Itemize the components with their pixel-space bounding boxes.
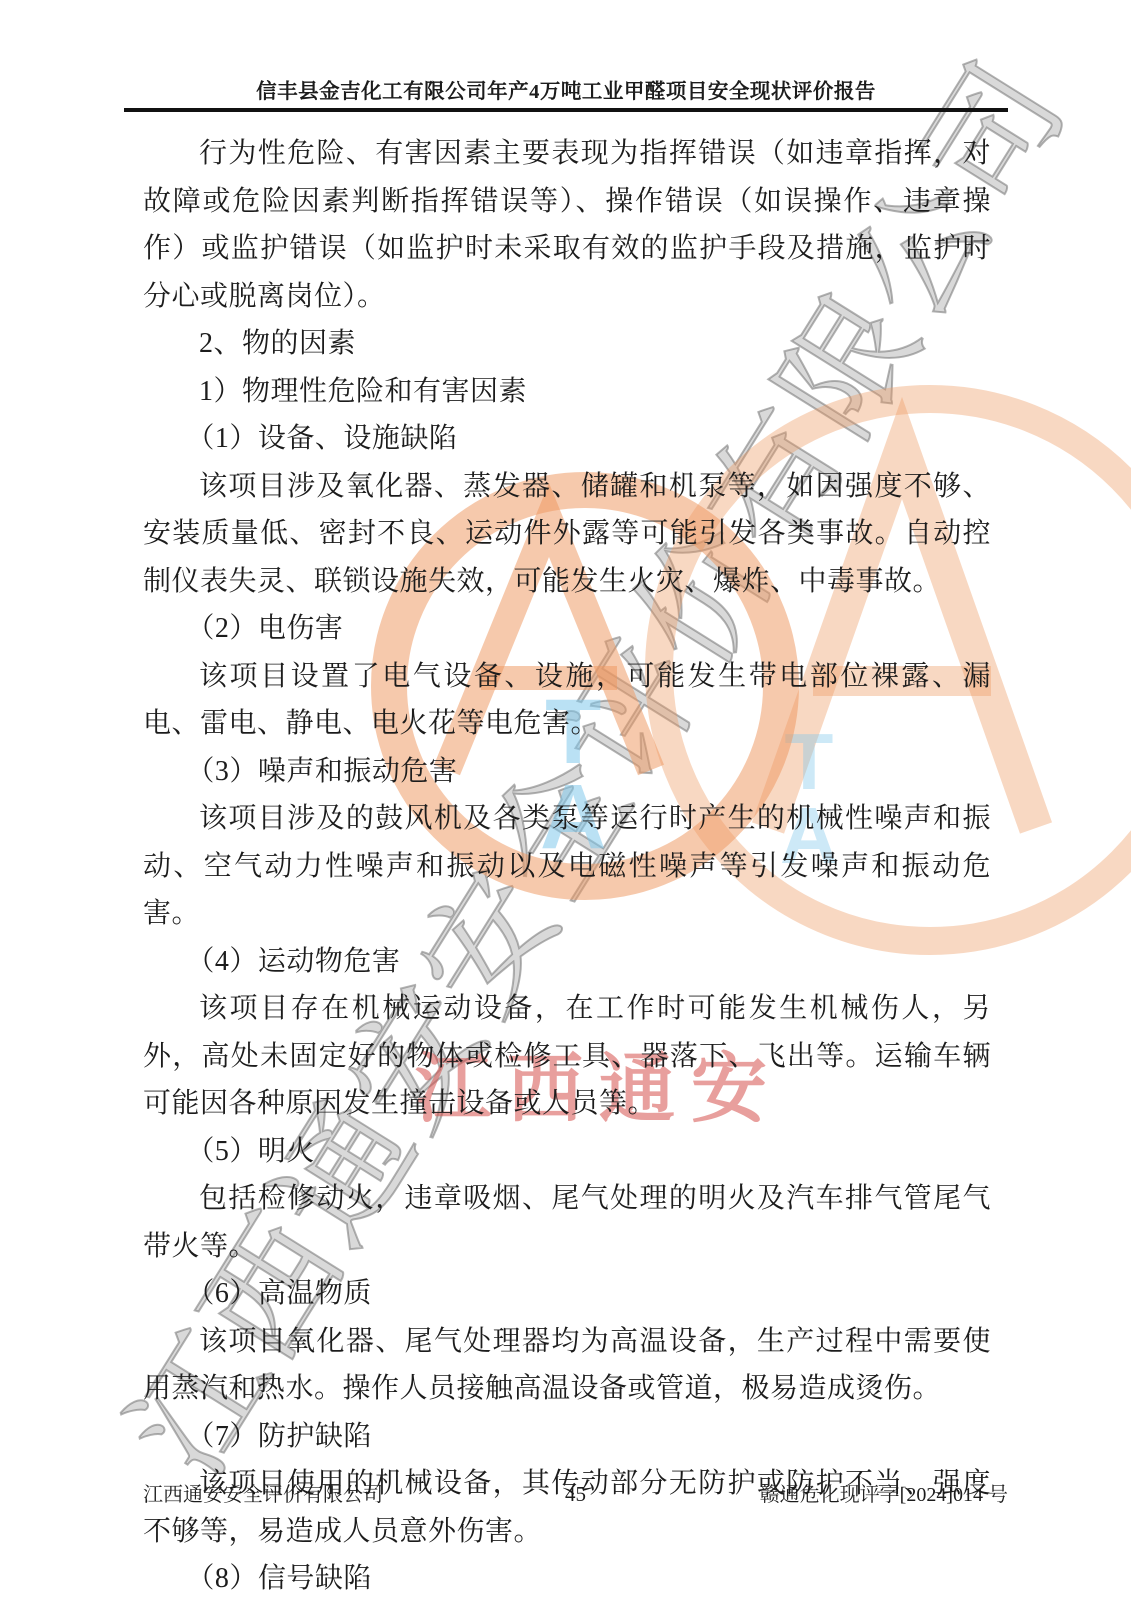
heading-high-temperature: （6）高温物质 [143,1270,991,1318]
footer-document-number: 赣通危化现评字[2024]014 号 [586,1478,1008,1507]
paragraph: 该项目涉及的鼓风机及各类泵等运行时产生的机械性噪声和振动、空气动力性噪声和振动以… [143,795,991,938]
heading-electric-injury: （2）电伤害 [143,605,991,653]
heading-protection-defects: （7）防护缺陷 [143,1413,991,1461]
report-body: 行为性危险、有害因素主要表现为指挥错误（如违章指挥，对故障或危险因素判断指挥错误… [143,130,991,1600]
heading-moving-objects: （4）运动物危害 [143,938,991,986]
heading-open-flame: （5）明火 [143,1128,991,1176]
paragraph: 该项目氧化器、尾气处理器均为高温设备，生产过程中需要使用蒸汽和热水。操作人员接触… [143,1318,991,1413]
page-footer: 江西通安安全评价有限公司 45 赣通危化现评字[2024]014 号 [143,1478,1008,1507]
paragraph: 该项目设置了电气设备、设施，可能发生带电部位裸露、漏电、雷电、静电、电火花等电危… [143,653,991,748]
heading-physical-hazards: 1）物理性危险和有害因素 [143,368,991,416]
paragraph: 该项目使用的机械设备，其传动部分无防护或防护不当、强度不够等，易造成人员意外伤害… [143,1460,991,1555]
heading-equipment-defects: （1）设备、设施缺陷 [143,415,991,463]
page-header: 信丰县金吉化工有限公司年产4万吨工业甲醛项目安全现状评价报告 [124,74,1008,104]
page-number: 45 [565,1482,586,1507]
paragraph: 行为性危险、有害因素主要表现为指挥错误（如违章指挥，对故障或危险因素判断指挥错误… [143,130,991,320]
report-title: 信丰县金吉化工有限公司年产4万吨工业甲醛项目安全现状评价报告 [124,74,1008,104]
document-page: 江西通安安全评价有限公司 T A T A 江西通安 信丰县金吉化工有限公司年产4… [0,0,1131,1600]
paragraph: 该项目存在机械运动设备，在工作时可能发生机械伤人，另外，高处未固定好的物体或检修… [143,985,991,1128]
header-divider [124,108,1008,112]
heading-noise-vibration: （3）噪声和振动危害 [143,748,991,796]
footer-company: 江西通安安全评价有限公司 [143,1478,565,1507]
paragraph: 该项目涉及氧化器、蒸发器、储罐和机泵等，如因强度不够、安装质量低、密封不良、运动… [143,463,991,606]
heading-signal-defects: （8）信号缺陷 [143,1555,991,1600]
heading-2-material-factors: 2、物的因素 [143,320,991,368]
paragraph: 包括检修动火，违章吸烟、尾气处理的明火及汽车排气管尾气带火等。 [143,1175,991,1270]
